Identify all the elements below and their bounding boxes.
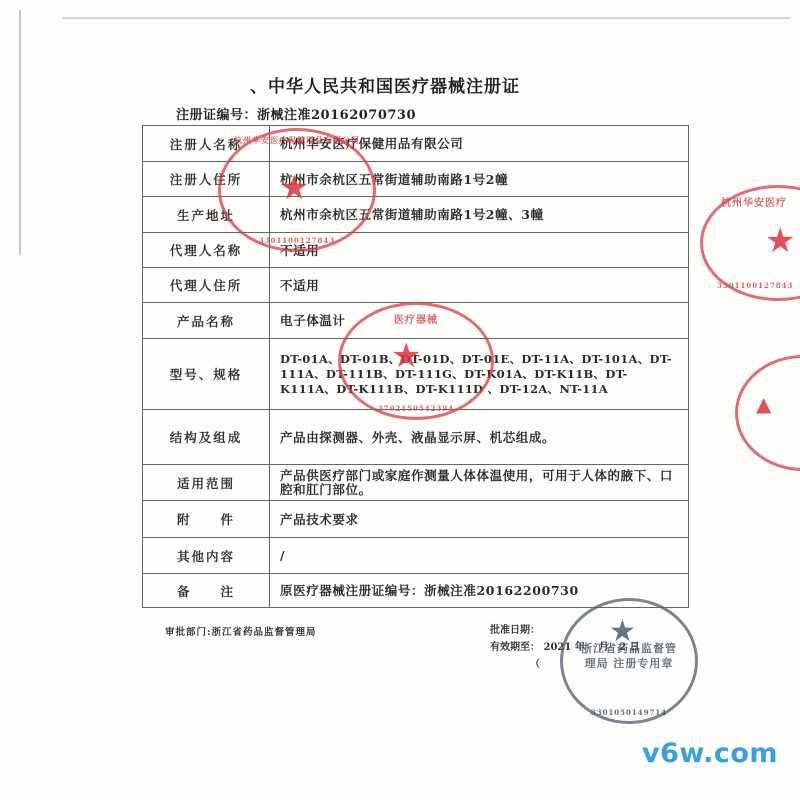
seal-text: 医疗器械 — [341, 311, 491, 326]
table-row: 适用范围产品供医疗部门或家庭作测量人体体温使用，可用于人体的腋下、口腔和肛门部位… — [143, 465, 689, 501]
company-seal-right: 杭州华安医疗 ★ 3301100127843 — [700, 185, 800, 301]
star-icon: ★ — [391, 339, 421, 373]
row-label: 适用范围 — [143, 465, 270, 501]
table-row: 其他内容/ — [143, 538, 689, 574]
row-label: 结构及组成 — [143, 410, 270, 465]
registration-number: 注册证编号：浙械注准20162070730 — [176, 104, 416, 123]
table-row: 附 件产品技术要求 — [143, 501, 689, 538]
row-value: 不适用 — [270, 268, 689, 303]
row-label: 备 注 — [143, 574, 270, 608]
row-label: 产品名称 — [143, 303, 270, 339]
star-icon: ★ — [279, 171, 309, 205]
seal-text: 杭州华安医疗保健用品有限公司 — [221, 135, 373, 146]
company-seal-center: 杭州华安医疗保健用品有限公司 ★ 3301100127843 — [218, 128, 376, 252]
seal-code: 3301100127843 — [221, 236, 373, 245]
row-label: 附 件 — [143, 501, 270, 538]
valid-until-label: 有效期至： — [490, 642, 540, 653]
table-row: 代理人住所不适用 — [143, 268, 689, 303]
seal-code: 3301050149714 — [563, 708, 695, 717]
seal-code: 3702150542394 — [341, 404, 491, 413]
registration-number-label: 注册证编号： — [176, 108, 257, 123]
scan-edge-left — [19, 10, 21, 255]
row-value: 产品技术要求 — [270, 501, 689, 538]
scan-edge-top — [62, 17, 790, 19]
registration-number-value: 浙械注准20162070730 — [257, 108, 416, 123]
seal-middle: 医疗器械 ★ 3702150542394 — [338, 302, 494, 420]
row-value: 产品供医疗部门或家庭作测量人体体温使用，可用于人体的腋下、口腔和肛门部位。 — [270, 465, 689, 501]
row-value: 产品由探测器、外壳、液晶显示屏、机芯组成。 — [270, 410, 689, 465]
agency-seal: 浙江省药品监督管理局 注册专用章 ★ 3301050149714 — [560, 598, 698, 724]
row-value: / — [270, 538, 689, 574]
star-icon: ★ — [765, 224, 795, 258]
star-icon: ★ — [609, 617, 636, 647]
document-title: 、中华人民共和国医疗器械注册证 — [250, 72, 520, 97]
seal-right-lower: ▲ — [735, 355, 800, 471]
star-icon: ▲ — [756, 394, 771, 414]
row-label: 其他内容 — [143, 538, 270, 574]
row-label: 型号、规格 — [143, 339, 270, 410]
approval-department: 审批部门:浙江省药品监督管理局 — [165, 624, 317, 638]
seal-text: 杭州华安医疗 — [703, 194, 800, 209]
approval-date-label: 批准日期： — [490, 625, 540, 636]
watermark: v6w.com — [642, 738, 778, 769]
row-label: 代理人住所 — [143, 268, 270, 303]
seal-code: 3301100127843 — [703, 281, 800, 290]
